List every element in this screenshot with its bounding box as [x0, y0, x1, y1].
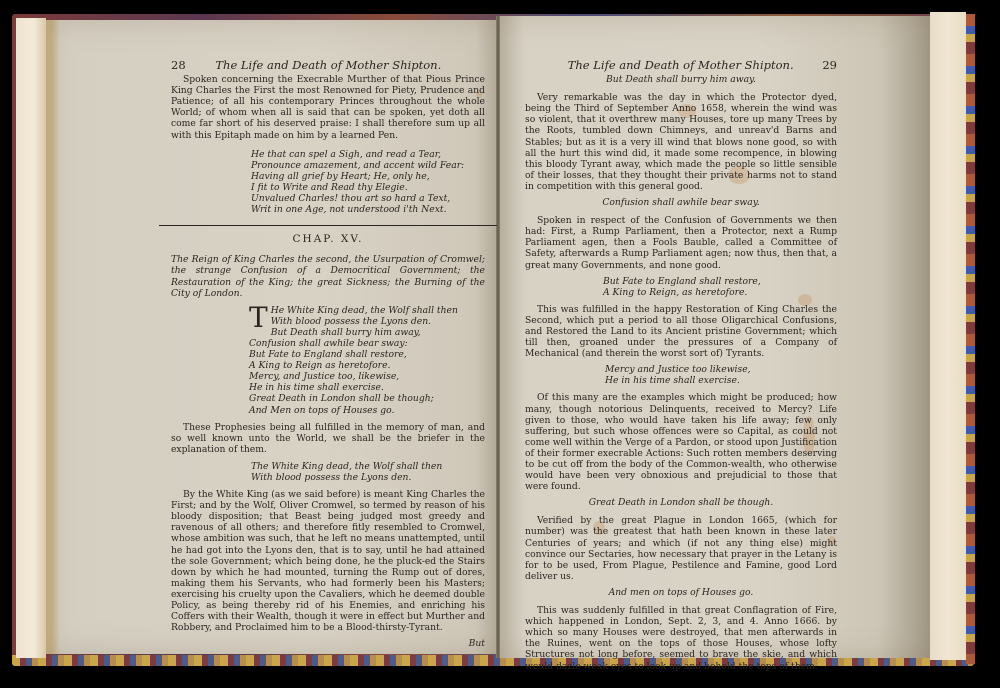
- chapter-summary: The Reign of King Charles the second, th…: [171, 254, 485, 298]
- book-gutter: [496, 16, 500, 658]
- white-king-paragraph: By the White King (as we said before) is…: [171, 489, 485, 633]
- verse-line: He White King dead, the Wolf shall then: [249, 305, 485, 316]
- white-king-quote: The White King dead, the Wolf shall then…: [251, 461, 485, 483]
- verse-line: Writ in one Age, not understood i'th Nex…: [251, 204, 485, 215]
- prophecy-verse: T He White King dead, the Wolf shall the…: [249, 305, 485, 416]
- verse-line: Great Death in London shall be though;: [249, 393, 485, 404]
- right-running-head: The Life and Death of Mother Shipton. 29: [525, 60, 837, 71]
- verse-line: But Death shall burry him away,: [249, 327, 485, 338]
- fate-paragraph: This was fulfilled in the happy Restorat…: [525, 304, 837, 359]
- mercy-paragraph: Of this many are the examples which migh…: [525, 392, 837, 492]
- catchword: But: [171, 638, 485, 649]
- verse-line: A King to Reign as heretofore.: [249, 360, 485, 371]
- verse-line: Mercy and Justice too likewise,: [605, 364, 837, 375]
- endpaper-left: [16, 18, 46, 658]
- verse-line: He in his time shall exercise.: [249, 382, 485, 393]
- verse-line: With blood possess the Lyons den.: [251, 472, 485, 483]
- verse-line: But Fate to England shall restore,: [603, 276, 837, 287]
- endpaper-right: [930, 12, 966, 660]
- great-death-paragraph: Verified by the great Plague in London 1…: [525, 515, 837, 582]
- quote-death: But Death shall burry him away.: [525, 74, 837, 85]
- verse-line: He in his time shall exercise.: [605, 375, 837, 386]
- verse-line: But Fate to England shall restore,: [249, 349, 485, 360]
- marbled-edge-right: [966, 14, 975, 664]
- verse-line: The White King dead, the Wolf shall then: [251, 461, 485, 472]
- page-number: 28: [171, 60, 186, 71]
- quote-great-death: Great Death in London shall be though.: [525, 497, 837, 508]
- quote-houses: And men on tops of Houses go.: [525, 587, 837, 598]
- section-divider: [159, 225, 497, 226]
- running-head-title: The Life and Death of Mother Shipton.: [568, 60, 794, 71]
- drop-cap: T: [249, 306, 268, 330]
- right-page-text: The Life and Death of Mother Shipton. 29…: [525, 60, 837, 677]
- verse-line: With blood possess the Lyons den.: [259, 316, 485, 327]
- page-number: 29: [822, 60, 837, 71]
- verse-line: And Men on tops of Houses go.: [249, 405, 485, 416]
- confusion-paragraph: Spoken in respect of the Confusion of Go…: [525, 215, 837, 270]
- verse-line: Confusion shall awhile bear sway:: [249, 338, 485, 349]
- verse-line: Mercy, and Justice too, likewise,: [249, 371, 485, 382]
- left-running-head: 28 The Life and Death of Mother Shipton.: [171, 60, 485, 71]
- epitaph-verse: He that can spel a Sigh, and read a Tear…: [251, 149, 485, 216]
- fulfilled-paragraph: These Prophesies being all fulfilled in …: [171, 422, 485, 455]
- verse-line: He that can spel a Sigh, and read a Tear…: [251, 149, 485, 160]
- death-paragraph: Very remarkable was the day in which the…: [525, 92, 837, 192]
- verse-line: Pronounce amazement, and accent wild Fea…: [251, 160, 485, 171]
- running-head-title: The Life and Death of Mother Shipton.: [215, 60, 441, 71]
- quote-confusion: Confusion shall awhile bear sway.: [525, 197, 837, 208]
- verse-line: A King to Reign, as heretofore.: [603, 287, 837, 298]
- verse-line: Having all grief by Heart; He, only he,: [251, 171, 485, 182]
- verse-line: Unvalued Charles! thou art so hard a Tex…: [251, 193, 485, 204]
- fate-quote: But Fate to England shall restore, A Kin…: [603, 276, 837, 298]
- mercy-quote: Mercy and Justice too likewise, He in hi…: [605, 364, 837, 386]
- left-page-text: 28 The Life and Death of Mother Shipton.…: [171, 60, 485, 649]
- intro-paragraph: Spoken concerning the Execrable Murther …: [171, 74, 485, 141]
- verse-line: I fit to Write and Read thy Elegie.: [251, 182, 485, 193]
- chapter-heading: CHAP. XV.: [171, 234, 485, 245]
- houses-paragraph: This was suddenly fulfilled in that grea…: [525, 605, 837, 672]
